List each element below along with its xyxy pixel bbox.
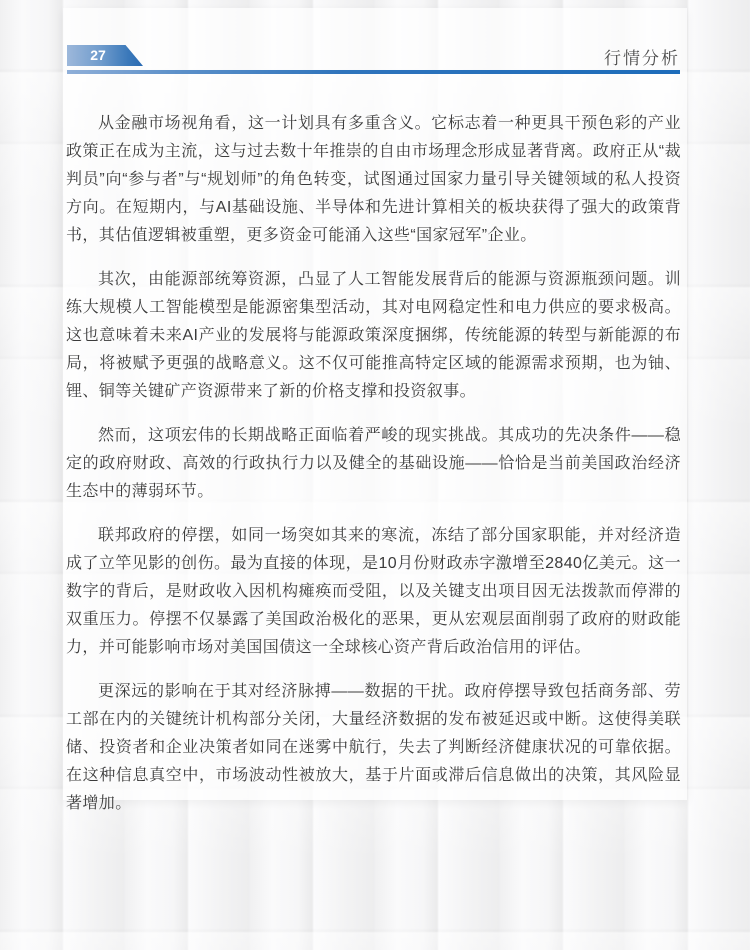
body-paragraph: 从金融市场视角看，这一计划具有多重含义。它标志着一种更具干预色彩的产业政策正在成…	[66, 110, 681, 250]
page-header: 27 行情分析	[63, 8, 687, 70]
header-divider	[67, 70, 680, 74]
body-paragraph: 更深远的影响在于其对经济脉搏——数据的干扰。政府停摆导致包括商务部、劳工部在内的…	[66, 678, 681, 818]
page-number-badge: 27	[67, 45, 143, 66]
body-paragraph: 然而，这项宏伟的长期战略正面临着严峻的现实挑战。其成功的先决条件——稳定的政府财…	[66, 422, 681, 506]
article-body: 从金融市场视角看，这一计划具有多重含义。它标志着一种更具干预色彩的产业政策正在成…	[66, 110, 681, 818]
body-paragraph: 联邦政府的停摆，如同一场突如其来的寒流，冻结了部分国家职能，并对经济造成了立竿见…	[66, 522, 681, 662]
body-paragraph: 其次，由能源部统筹资源，凸显了人工智能发展背后的能源与资源瓶颈问题。训练大规模人…	[66, 266, 681, 406]
document-background: { "page": { "number": "27", "header_titl…	[0, 0, 750, 950]
header-section-title: 行情分析	[604, 44, 680, 69]
document-page: 27 行情分析 从金融市场视角看，这一计划具有多重含义。它标志着一种更具干预色彩…	[63, 8, 687, 800]
